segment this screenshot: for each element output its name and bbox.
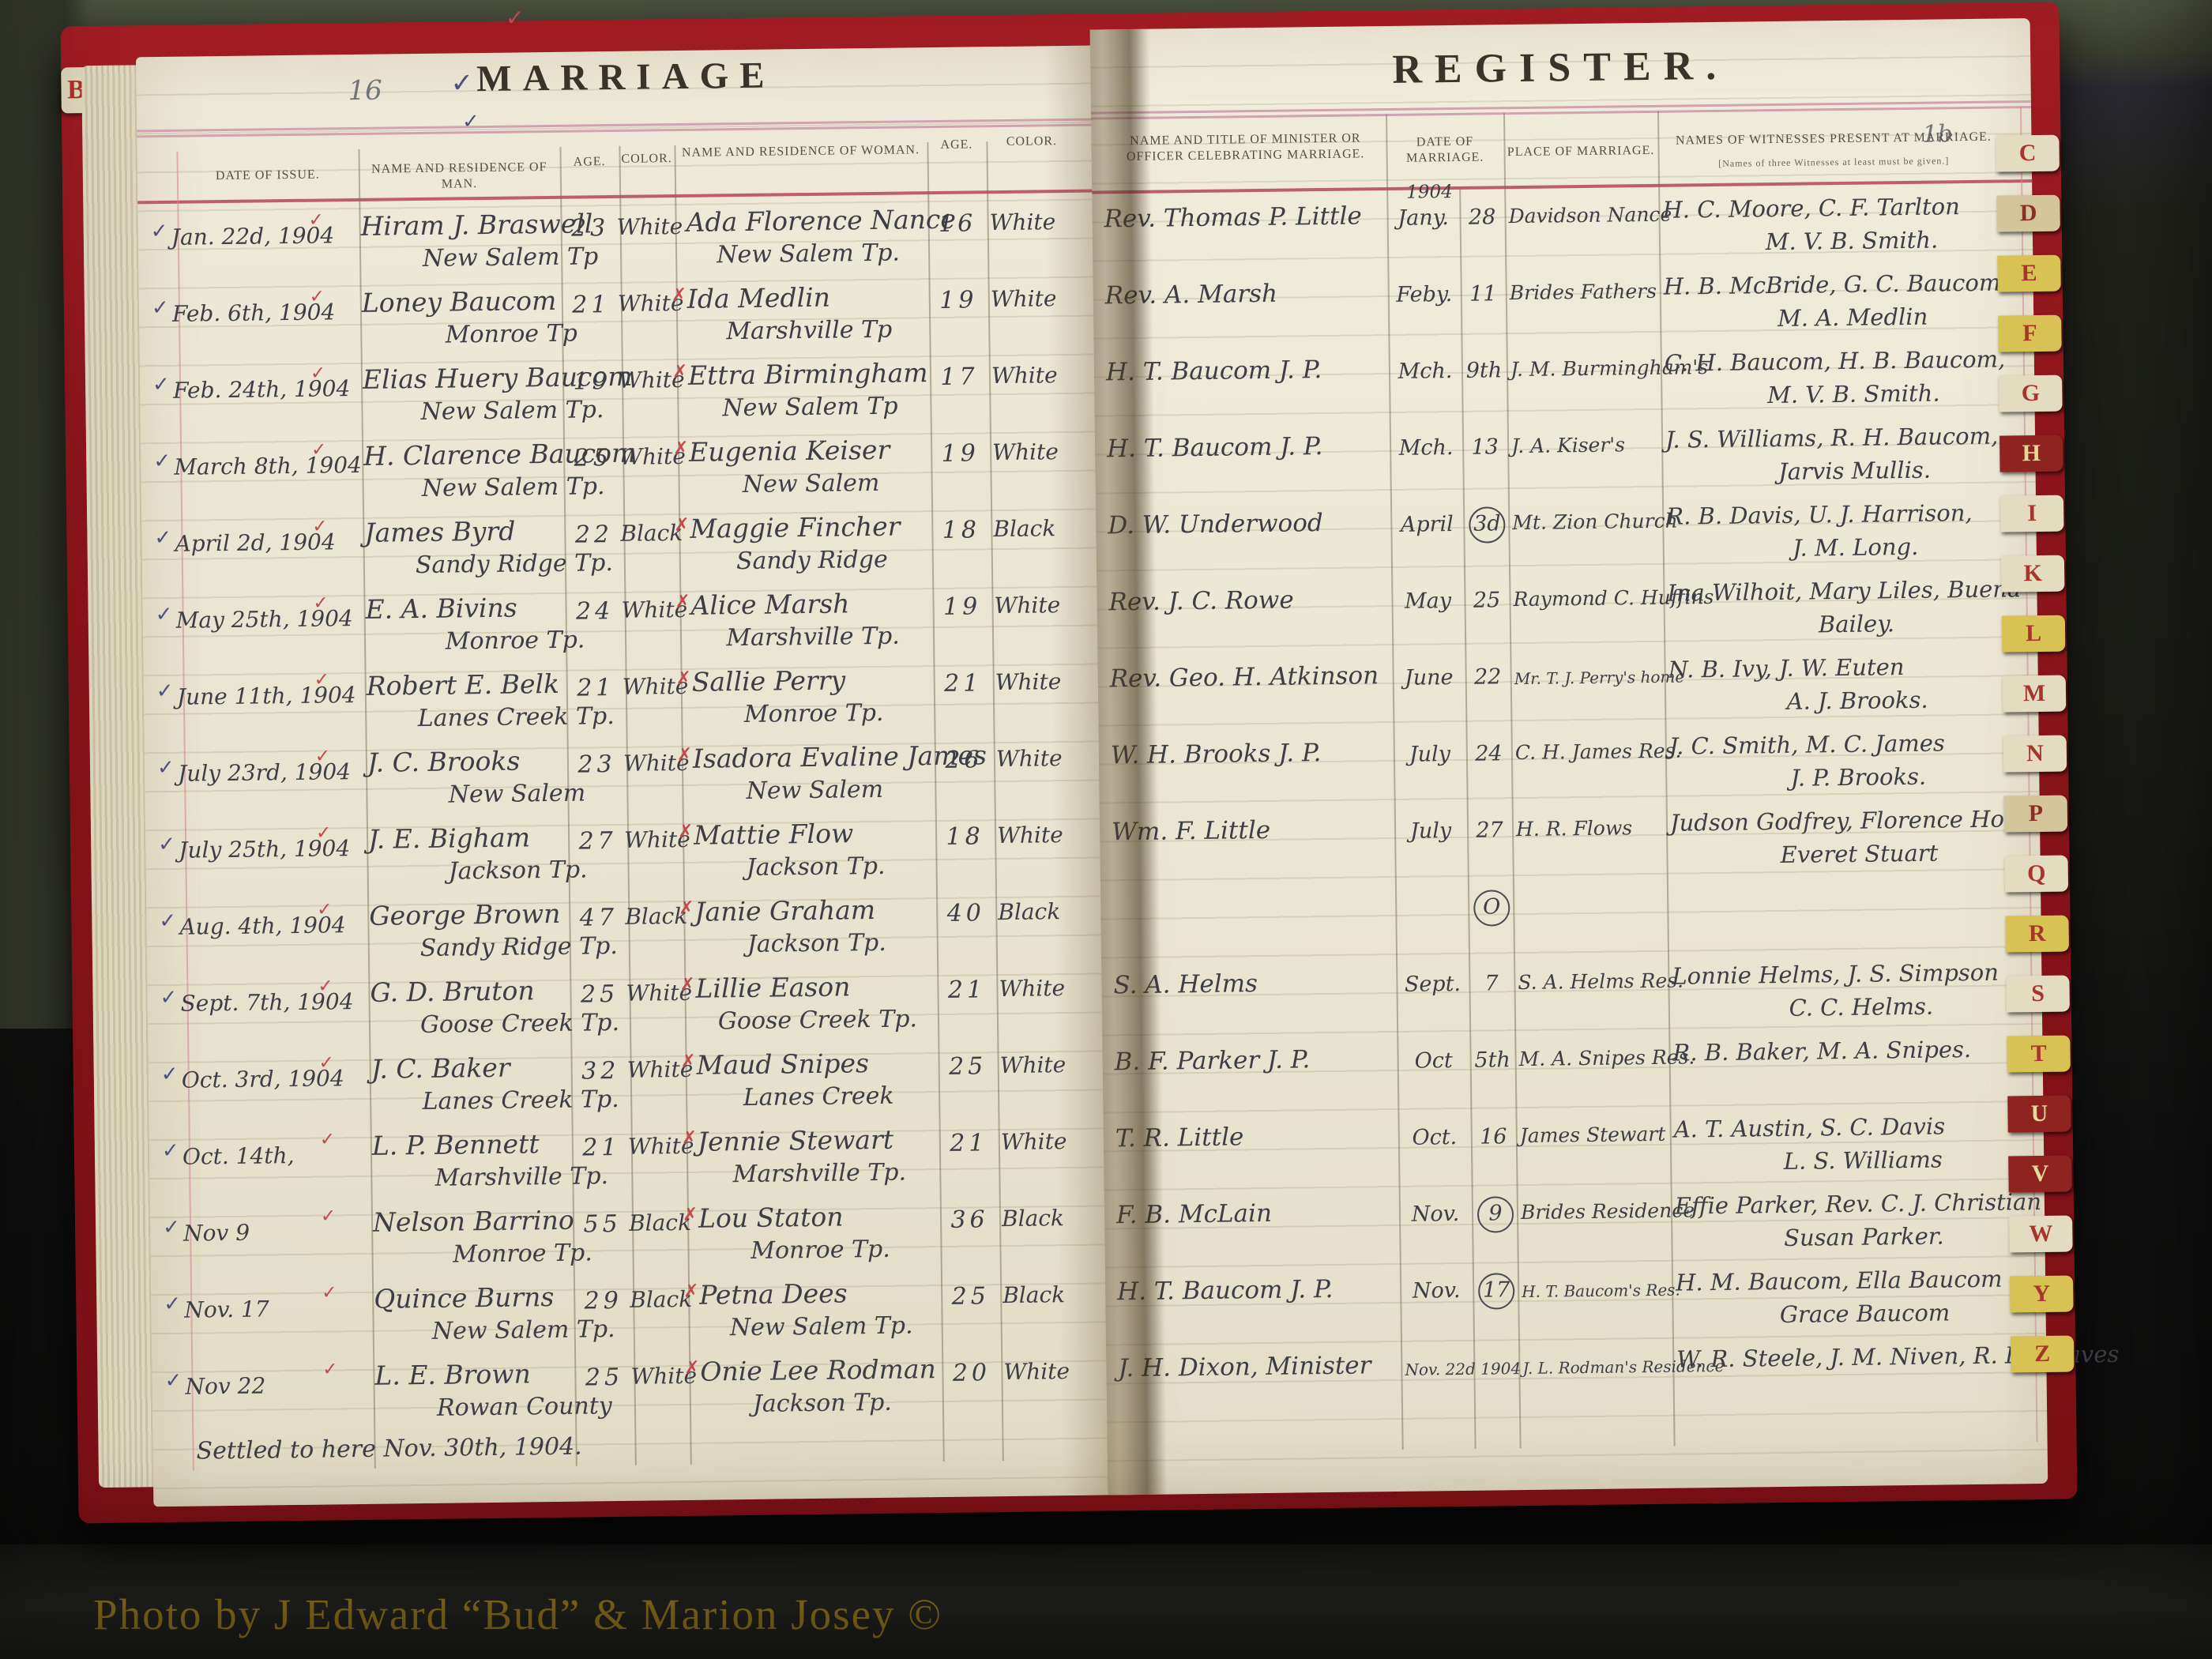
woman-name-cell: Sallie Perry: [691, 664, 952, 698]
woman-name-cell: Janie Graham: [694, 893, 955, 927]
woman-color-cell: White: [991, 362, 1090, 389]
index-tab-K: K: [2001, 555, 2065, 592]
marriage-month-cell: Feby.: [1388, 282, 1461, 307]
marriage-month-cell: Nov.: [1400, 1278, 1473, 1303]
woman-color-cell: Black: [998, 898, 1097, 926]
woman-color-cell: White: [995, 668, 1094, 696]
index-tab-C: C: [1996, 135, 2060, 172]
place-cell: [1517, 893, 1671, 894]
woman-residence-cell: Marshville Tp.: [694, 622, 931, 653]
woman-residence-cell: Jackson Tp.: [704, 1388, 941, 1419]
register-row-right: Rev. Thomas P. LittleJany.281904Davidson…: [1092, 184, 2033, 273]
check-mark-icon: ✓: [158, 833, 175, 856]
red-cross-icon: ✗: [671, 285, 687, 306]
red-cross-icon: ✗: [683, 1281, 699, 1302]
index-tab-D: D: [1996, 195, 2060, 232]
woman-name-cell: Ida Medlin: [687, 280, 948, 314]
marriage-month-cell: [1395, 895, 1468, 896]
man-residence-cell: Marshville Tp.: [391, 1161, 652, 1192]
woman-color-cell: Black: [1002, 1205, 1100, 1232]
witnesses-line2-cell: J. M. Long.: [1694, 532, 2018, 562]
marriage-month-cell: July: [1394, 742, 1466, 767]
place-cell: H. R. Flows: [1516, 816, 1670, 841]
red-cross-icon: ✗: [679, 898, 694, 919]
register-row-right: Wm. F. LittleJuly27H. R. FlowsJudson God…: [1100, 797, 2041, 886]
red-cross-icon: ✗: [682, 1128, 698, 1149]
register-row-right: W. H. Brooks J. P.July24C. H. James Res.…: [1099, 720, 2040, 809]
red-check-icon: ✓: [320, 1129, 336, 1149]
woman-residence-cell: New Salem Tp: [691, 392, 928, 423]
register-row-left: ✓July 25th, 1904✓J. E. BighamJackson Tp.…: [145, 808, 1126, 897]
woman-color-cell: Black: [993, 515, 1092, 543]
marriage-day-cell: 11: [1461, 281, 1506, 307]
marriage-month-cell: April: [1390, 512, 1463, 537]
woman-residence-cell: Monroe Tp.: [695, 698, 932, 729]
check-mark-icon: ✓: [160, 986, 177, 1010]
place-cell: C. H. James Res.: [1515, 739, 1669, 764]
place-cell: J. A. Kiser's: [1511, 433, 1665, 457]
check-mark-icon: ✓: [163, 1216, 180, 1240]
marriage-day-cell: 28: [1459, 205, 1504, 230]
witnesses-line2-cell: Everet Stuart: [1697, 838, 2021, 869]
index-tab-V: V: [2008, 1156, 2072, 1193]
register-row-left: ✓Oct. 14th,✓L. P. BennettMarshville Tp.2…: [149, 1115, 1130, 1203]
register-row-right: J. H. Dixon, MinisterNov. 22d 1904J. L. …: [1106, 1334, 2047, 1422]
check-mark-icon: ✓: [159, 909, 176, 933]
woman-age-cell: 36: [940, 1206, 999, 1234]
header-woman-age: AGE.: [927, 137, 986, 153]
red-check-icon: ✓: [322, 1282, 337, 1303]
man-age-cell: 23: [567, 750, 626, 779]
witnesses-line1-cell: W. R. Steele, J. M. Niven, R. E. Reaves: [1676, 1341, 2040, 1373]
header-place: PLACE OF MARRIAGE.: [1503, 143, 1657, 160]
photo-of-marriage-register: B 16 ✓ ✓ MARRIAGE DATE OF ISSUE. NAME AN…: [0, 0, 2212, 1659]
check-mark-icon: ✓: [153, 450, 171, 473]
marriage-month-cell: Mch.: [1390, 435, 1462, 461]
man-age-cell: 22: [564, 521, 623, 549]
register-row-left: ✓April 2d, 1904✓James ByrdSandy Ridge Tp…: [141, 502, 1122, 590]
right-page-title: REGISTER.: [1090, 39, 2031, 97]
man-residence-cell: New Salem Tp.: [382, 472, 643, 503]
index-tab-N: N: [2003, 735, 2067, 773]
register-row-left: ✓Nov 22✓L. E. BrownRowan County25White✗O…: [152, 1345, 1132, 1433]
woman-name-cell: Eugenia Keiser: [689, 434, 950, 468]
woman-name-cell: Onie Lee Rodman: [700, 1353, 961, 1387]
man-age-cell: 32: [571, 1057, 630, 1085]
register-row-right: B. F. Parker J. P.Oct5thM. A. Snipes Res…: [1102, 1027, 2043, 1115]
woman-residence-cell: New Salem Tp.: [690, 239, 927, 269]
man-age-cell: 47: [569, 904, 628, 932]
check-mark-icon: ✓: [462, 110, 480, 134]
marriage-day-cell: O: [1473, 890, 1510, 927]
register-row-left: ✓Aug. 4th, 1904✓George BrownSandy Ridge …: [146, 885, 1127, 973]
right-rows-container: Rev. Thomas P. LittleJany.281904Davidson…: [1092, 184, 2047, 1421]
man-age-cell: 19: [562, 367, 622, 396]
red-cross-icon: ✗: [672, 362, 688, 382]
index-tab-S: S: [2006, 976, 2070, 1013]
red-cross-icon: ✗: [673, 438, 689, 459]
red-check-icon: ✓: [310, 286, 325, 307]
woman-age-cell: 19: [929, 286, 988, 314]
register-row-left: ✓Jan. 22d, 1904✓Hiram J. BraswellNew Sal…: [137, 195, 1118, 284]
register-row-left: ✓Nov. 17✓Quince BurnsNew Salem Tp.29Blac…: [151, 1268, 1131, 1356]
index-tab-F: F: [1998, 315, 2062, 352]
man-age-cell: 55: [573, 1210, 632, 1239]
red-check-icon: ✓: [308, 209, 324, 230]
man-age-cell: 25: [563, 444, 623, 472]
red-cross-icon: ✗: [678, 822, 694, 842]
woman-name-cell: Petna Dees: [699, 1277, 960, 1311]
woman-residence-cell: Marshville Tp: [690, 315, 927, 346]
register-row-left: ✓June 11th, 1904✓Robert E. BelkLanes Cre…: [143, 655, 1123, 743]
red-check-icon: ✓: [315, 746, 331, 766]
red-cross-icon: ✗: [675, 592, 690, 612]
woman-residence-cell: Lanes Creek: [700, 1082, 937, 1112]
witnesses-line2-cell: [1698, 915, 2022, 919]
place-cell: J. M. Burmingham's: [1510, 356, 1665, 381]
check-mark-icon: ✓: [156, 679, 174, 703]
index-tab-I: I: [2000, 495, 2064, 532]
index-tab-P: P: [2004, 796, 2068, 833]
man-residence-cell: Monroe Tp: [381, 319, 641, 350]
woman-residence-cell: New Salem: [696, 775, 933, 806]
woman-residence-cell: New Salem Tp.: [702, 1311, 939, 1342]
register-row-right: H. T. Baucom J. P.Mch.13J. A. Kiser'sJ. …: [1095, 414, 2036, 502]
woman-name-cell: Lou Staton: [698, 1200, 959, 1234]
place-cell: J. L. Rodman's Residence: [1522, 1357, 1676, 1378]
witnesses-line1-cell: A. T. Austin, S. C. Davis: [1674, 1112, 2037, 1143]
check-mark-icon: ✓: [162, 1139, 179, 1163]
red-check-icon: ✓: [313, 592, 329, 613]
man-age-cell: 25: [574, 1364, 634, 1392]
register-row-right: Rev. Geo. H. AtkinsonJune22Mr. T. J. Per…: [1097, 644, 2038, 732]
red-cross-icon: ✗: [679, 975, 695, 995]
witnesses-line2-cell: Grace Baucom: [1702, 1298, 2026, 1329]
man-age-cell: 21: [566, 674, 626, 702]
woman-age-cell: 17: [930, 363, 989, 391]
man-residence-cell: New Salem Tp.: [382, 396, 642, 427]
marriage-day-cell: 16: [1471, 1124, 1516, 1149]
woman-color-cell: White: [996, 745, 1095, 773]
witnesses-line2-cell: Susan Parker.: [1702, 1221, 2026, 1252]
woman-color-cell: White: [992, 438, 1091, 466]
woman-residence-cell: New Salem: [692, 468, 929, 499]
register-row-left: ✓Sept. 7th, 1904✓G. D. BrutonGoose Creek…: [147, 961, 1127, 1050]
woman-name-cell: Jennie Stewart: [698, 1123, 958, 1157]
woman-residence-cell: Sandy Ridge: [694, 545, 931, 576]
woman-color-cell: White: [997, 822, 1096, 849]
woman-age-cell: 26: [935, 746, 994, 774]
woman-color-cell: White: [989, 209, 1088, 236]
witnesses-line1-cell: Effie Parker, Rev. C. J. Christian: [1675, 1188, 2038, 1220]
woman-name-cell: Lillie Eason: [695, 970, 956, 1004]
woman-color-cell: Black: [1003, 1281, 1101, 1309]
check-mark-icon: ✓: [152, 373, 170, 397]
man-residence-cell: Sandy Ridge Tp.: [384, 549, 645, 580]
red-check-icon: ✓: [316, 822, 332, 843]
woman-age-cell: 21: [937, 976, 996, 1004]
register-row-right: Rev. A. MarshFeby.11Brides FathersH. B. …: [1093, 261, 2033, 349]
red-check-icon: ✓: [312, 516, 328, 536]
man-age-cell: 29: [574, 1287, 633, 1315]
man-age-cell: 24: [565, 597, 624, 626]
woman-name-cell: Alice Marsh: [690, 587, 951, 621]
woman-age-cell: 40: [936, 899, 995, 927]
register-row-right: H. T. Baucom J. P.Mch.9thJ. M. Burmingha…: [1094, 337, 2035, 426]
woman-residence-cell: Marshville Tp.: [701, 1158, 938, 1189]
woman-color-cell: White: [999, 975, 1097, 1003]
marriage-month-cell: Nov. 22d 1904: [1405, 1359, 1523, 1379]
index-tab-E: E: [1997, 255, 2061, 292]
right-page: REGISTER. 1b NAME AND TITLE OF MINISTER …: [1090, 18, 2048, 1495]
witnesses-line1-cell: Lonnie Helms, J. S. Simpson: [1672, 958, 2035, 990]
register-row-left: ✓May 25th, 1904✓E. A. BivinsMonroe Tp.24…: [142, 578, 1123, 667]
witnesses-line1-cell: N. B. Ivy, J. W. Euten: [1668, 652, 2031, 683]
marriage-month-cell: Mch.: [1389, 359, 1461, 384]
red-check-icon: ✓: [318, 976, 333, 996]
marriage-month-cell: Sept.: [1396, 972, 1469, 997]
index-tab-Q: Q: [2005, 856, 2069, 893]
register-row-left: ✓Feb. 6th, 1904✓Loney BaucomMonroe Tp21W…: [139, 272, 1119, 360]
index-tab-R: R: [2005, 916, 2069, 953]
woman-age-cell: 19: [931, 439, 990, 468]
register-row-right: O: [1100, 874, 2041, 962]
man-residence-cell: Monroe Tp.: [392, 1238, 653, 1269]
man-age-cell: 27: [568, 827, 627, 856]
register-row-right: H. T. Baucom J. P.Nov.17H. T. Baucom's R…: [1105, 1257, 2046, 1345]
year-note: 1904: [1406, 182, 1453, 203]
marriage-month-cell: June: [1393, 665, 1465, 690]
register-row-left: ✓Feb. 24th, 1904✓Elias Huery BaucomNew S…: [140, 348, 1120, 437]
register-row-left: ✓Oct. 3rd, 1904✓J. C. BakerLanes Creek T…: [148, 1038, 1128, 1127]
register-row-left: ✓March 8th, 1904✓H. Clarence BaucomNew S…: [141, 425, 1121, 513]
man-age-cell: 25: [570, 980, 629, 1009]
place-cell: James Stewart: [1520, 1123, 1674, 1147]
red-check-icon: ✓: [310, 363, 326, 383]
red-cross-icon: ✗: [680, 1051, 696, 1072]
place-cell: Mt. Zion Church: [1512, 510, 1666, 534]
index-tab-W: W: [2009, 1216, 2073, 1253]
red-check-icon: ✓: [317, 899, 333, 920]
place-cell: Mr. T. J. Perry's home: [1514, 668, 1668, 688]
left-rows-container: ✓Jan. 22d, 1904✓Hiram J. BraswellNew Sal…: [137, 195, 1132, 1433]
woman-residence-cell: Monroe Tp.: [702, 1235, 939, 1266]
left-page: 16 ✓ ✓ MARRIAGE DATE OF ISSUE. NAME AND …: [136, 45, 1133, 1507]
check-mark-icon: ✓: [151, 220, 168, 243]
woman-color-cell: White: [999, 1051, 1098, 1079]
header-man-age: AGE.: [560, 154, 619, 171]
header-witnesses: NAMES OF WITNESSES PRESENT AT MARRIAGE.: [1657, 129, 2009, 149]
marriage-day-cell: 22: [1465, 664, 1510, 690]
witnesses-line1-cell: C. H. Baucom, H. B. Baucom,: [1665, 345, 2028, 377]
woman-color-cell: White: [994, 592, 1093, 619]
witnesses-line2-cell: [1700, 1068, 2024, 1072]
marriage-day-cell: 7: [1469, 971, 1514, 996]
woman-name-cell: Isadora Evaline James: [693, 740, 954, 774]
marriage-day-cell: 9: [1477, 1196, 1514, 1233]
marriage-day-cell: 24: [1466, 741, 1511, 766]
witnesses-line1-cell: Ina Wilhoit, Mary Liles, Buena: [1667, 575, 2030, 607]
witnesses-line1-cell: R. B. Davis, U. J. Harrison,: [1666, 498, 2030, 530]
woman-residence-cell: Jackson Tp.: [697, 852, 934, 882]
man-residence-cell: Sandy Ridge Tp.: [389, 932, 649, 963]
check-mark-icon: ✓: [154, 526, 171, 550]
marriage-day-cell: 9th: [1461, 358, 1507, 383]
place-cell: S. A. Helms Res.: [1518, 969, 1672, 994]
woman-residence-cell: Goose Creek Tp.: [699, 1005, 936, 1036]
man-residence-cell: Goose Creek Tp.: [389, 1009, 650, 1040]
marriage-day-cell: 17: [1478, 1273, 1515, 1310]
register-row-right: F. B. McLainNov.9Brides ResidenceEffie P…: [1104, 1180, 2045, 1269]
index-tab-T: T: [2007, 1036, 2071, 1073]
woman-color-cell: White: [991, 285, 1089, 313]
red-cross-icon: ✗: [683, 1205, 698, 1225]
red-check-icon: ✓: [321, 1206, 337, 1226]
photographer-watermark: Photo by J Edward “Bud” & Marion Josey ©: [93, 1589, 942, 1639]
witnesses-line2-cell: L. S. Williams: [1701, 1145, 2025, 1176]
header-man-color: COLOR.: [619, 151, 675, 167]
witnesses-line1-cell: H. M. Baucom, Ella Baucom: [1676, 1265, 2039, 1296]
man-age-cell: 21: [572, 1134, 631, 1162]
woman-name-cell: Mattie Flow: [694, 817, 954, 851]
settled-note: Settled to here Nov. 30th, 1904.: [196, 1433, 582, 1465]
marriage-day-cell: 5th: [1469, 1048, 1514, 1073]
place-cell: Brides Residence: [1521, 1199, 1675, 1224]
marriage-day-cell: 27: [1467, 818, 1512, 843]
marriage-month-cell: July: [1394, 818, 1467, 844]
marriage-day-cell: 3d: [1469, 506, 1506, 544]
red-check-icon: ✓: [318, 1052, 334, 1073]
woman-age-cell: 21: [934, 669, 993, 698]
header-witnesses-note: [Names of three Witnesses at least must …: [1658, 154, 2010, 170]
woman-age-cell: 18: [931, 516, 991, 544]
woman-age-cell: 25: [941, 1282, 1000, 1311]
marriage-month-cell: Jany.: [1386, 205, 1459, 231]
woman-age-cell: 20: [942, 1359, 1001, 1387]
woman-age-cell: 18: [935, 822, 995, 851]
place-cell: Davidson Nance: [1508, 203, 1662, 228]
man-residence-cell: New Salem Tp: [380, 243, 641, 273]
header-woman-color: COLOR.: [986, 134, 1077, 150]
witnesses-line1-cell: J. C. Smith, M. C. James: [1669, 728, 2033, 760]
place-cell: Raymond C. Huffins: [1513, 586, 1667, 611]
man-age-cell: 21: [562, 291, 621, 319]
check-mark-icon: ✓: [164, 1292, 181, 1316]
witnesses-line2-cell: C. C. Helms.: [1699, 991, 2023, 1022]
woman-name-cell: Maud Snipes: [696, 1047, 957, 1081]
witnesses-line2-cell: [1704, 1375, 2028, 1379]
place-cell: M. A. Snipes Res.: [1518, 1046, 1672, 1070]
check-mark-icon: ✓: [161, 1063, 179, 1086]
marriage-month-cell: Oct: [1397, 1048, 1469, 1074]
red-check-icon: ✓: [314, 669, 329, 690]
witnesses-line1-cell: [1671, 882, 2034, 886]
witnesses-line1-cell: J. S. Williams, R. H. Baucom,: [1665, 422, 2029, 453]
red-cross-icon: ✗: [677, 745, 693, 766]
register-row-right: S. A. HelmsSept.7S. A. Helms Res.Lonnie …: [1101, 950, 2042, 1039]
woman-residence-cell: Jackson Tp.: [698, 928, 935, 959]
man-color-cell: White: [616, 213, 687, 240]
man-residence-cell: New Salem Tp.: [393, 1315, 654, 1345]
index-tab-G: G: [1999, 375, 2063, 412]
index-tab-U: U: [2007, 1096, 2071, 1133]
woman-age-cell: 21: [939, 1129, 999, 1157]
left-page-title: MARRIAGE: [136, 50, 1116, 104]
register-row-right: T. R. LittleOct.16James StewartA. T. Aus…: [1103, 1104, 2044, 1192]
red-check-icon: ✓: [311, 439, 327, 460]
woman-age-cell: 16: [927, 209, 987, 238]
marriage-month-cell: Nov.: [1399, 1202, 1472, 1227]
check-mark-icon: ✓: [164, 1369, 182, 1393]
header-woman: NAME AND RESIDENCE OF WOMAN.: [674, 142, 927, 161]
woman-color-cell: White: [1003, 1358, 1102, 1386]
woman-name-cell: Ada Florence Nance: [686, 204, 946, 238]
place-cell: H. T. Baucom's Res.: [1522, 1281, 1676, 1301]
man-age-cell: 23: [560, 214, 619, 243]
register-row-right: D. W. UnderwoodApril3dMt. Zion ChurchR. …: [1096, 491, 2037, 579]
witnesses-line1-cell: H. B. McBride, G. C. Baucom: [1663, 269, 2026, 300]
witnesses-line2-cell: M. V. B. Smith.: [1690, 225, 2014, 256]
marriage-day-cell: [1473, 1354, 1518, 1355]
register-row-left: ✓July 23rd, 1904✓J. C. BrooksNew Salem23…: [145, 732, 1125, 820]
man-residence-cell: Monroe Tp.: [385, 626, 645, 656]
header-date-of-issue: DATE OF ISSUE.: [177, 167, 359, 185]
woman-age-cell: 19: [932, 592, 991, 621]
red-cross-icon: ✗: [684, 1358, 700, 1379]
red-cross-icon: ✗: [676, 668, 692, 689]
register-book: B 16 ✓ ✓ MARRIAGE DATE OF ISSUE. NAME AN…: [61, 2, 2078, 1524]
red-check-icon: ✓: [322, 1359, 338, 1379]
check-mark-icon: ✓: [157, 756, 175, 780]
woman-name-cell: Ettra Birmingham: [688, 357, 949, 391]
header-date-of-marriage: DATE OF MARRIAGE.: [1379, 134, 1510, 167]
man-residence-cell: Jackson Tp.: [387, 856, 648, 886]
witnesses-line2-cell: Bailey.: [1695, 608, 2018, 639]
witnesses-line2-cell: M. V. B. Smith.: [1691, 378, 2015, 409]
index-tab-Y: Y: [2010, 1276, 2074, 1313]
woman-color-cell: White: [1001, 1128, 1100, 1156]
register-row-right: Rev. J. C. RoweMay25Raymond C. HuffinsIn…: [1097, 567, 2037, 656]
marriage-month-cell: May: [1391, 589, 1464, 614]
header-man: NAME AND RESIDENCE OF MAN.: [359, 160, 560, 194]
red-check-icon: ✓: [506, 5, 524, 32]
woman-name-cell: Maggie Fincher: [690, 510, 950, 544]
witnesses-line1-cell: R. B. Baker, M. A. Snipes.: [1672, 1035, 2036, 1066]
index-tab-Z: Z: [2011, 1336, 2075, 1373]
witnesses-line2-cell: M. A. Medlin: [1691, 302, 2014, 333]
check-mark-icon: ✓: [155, 603, 172, 626]
witnesses-line2-cell: Jarvis Mullis.: [1692, 455, 2016, 486]
witnesses-line2-cell: J. P. Brooks.: [1696, 762, 2020, 792]
witnesses-line1-cell: H. C. Moore, C. F. Tarlton: [1662, 192, 2026, 224]
marriage-month-cell: Oct.: [1398, 1125, 1471, 1150]
marriage-day-cell: 13: [1462, 434, 1507, 460]
index-tab-M: M: [2003, 675, 2067, 713]
check-mark-icon: ✓: [152, 296, 169, 320]
witnesses-line1-cell: Judson Godfrey, Florence Hough: [1670, 805, 2033, 837]
red-cross-icon: ✗: [674, 515, 690, 536]
marriage-day-cell: 25: [1464, 588, 1509, 613]
man-residence-cell: New Salem: [386, 779, 647, 810]
man-residence-cell: Lanes Creek Tp.: [390, 1085, 651, 1115]
man-residence-cell: Lanes Creek Tp.: [386, 702, 646, 733]
witnesses-line2-cell: A. J. Brooks.: [1695, 685, 2019, 716]
man-residence-cell: Rowan County: [394, 1391, 655, 1422]
register-row-left: ✓Nov 9✓Nelson BarrinoMonroe Tp.55Black✗L…: [150, 1191, 1130, 1280]
place-cell: Brides Fathers: [1510, 280, 1664, 304]
index-tab-H: H: [1999, 435, 2063, 472]
woman-age-cell: 25: [938, 1052, 997, 1081]
